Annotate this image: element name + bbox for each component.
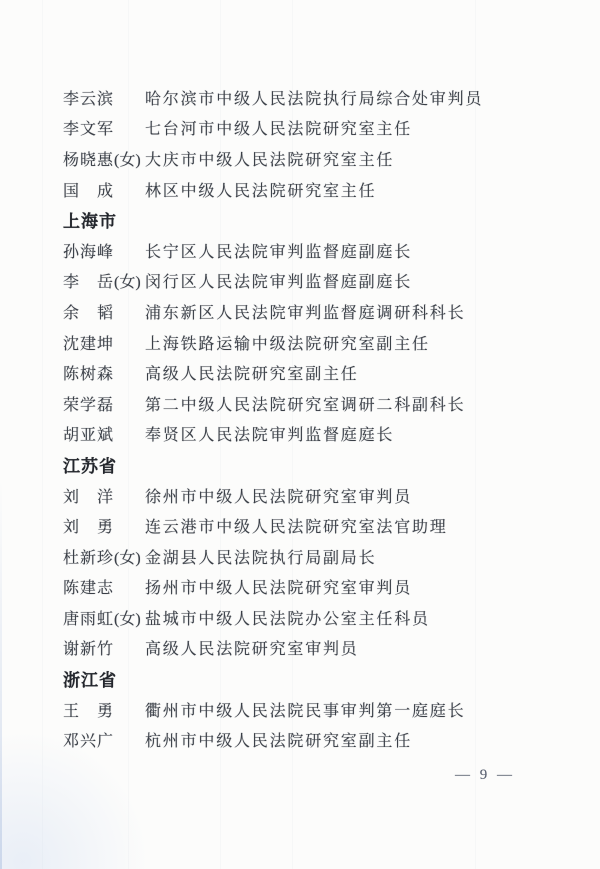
person-name: 陈建志 bbox=[63, 575, 145, 598]
roster-list: 李云滨 哈尔滨市中级人民法院执行局综合处审判员 李文军 七台河市中级人民法院研究… bbox=[63, 82, 553, 755]
person-position: 上海铁路运输中级法院研究室副主任 bbox=[145, 331, 430, 354]
gender-note: (女) bbox=[114, 274, 141, 291]
scan-edge-line bbox=[0, 478, 2, 869]
person-position: 大庆市中级人民法院研究室主任 bbox=[145, 147, 394, 170]
person-position: 盐城市中级人民法院办公室主任科员 bbox=[145, 606, 430, 629]
roster-row: 沈建坤 上海铁路运输中级法院研究室副主任 bbox=[63, 327, 553, 358]
section-header: 上海市 bbox=[63, 204, 553, 235]
person-name: 余 韬 bbox=[63, 300, 145, 323]
roster-row: 胡亚斌 奉贤区人民法院审判监督庭庭长 bbox=[63, 419, 553, 450]
person-name: 杨晓惠(女) bbox=[63, 147, 145, 170]
roster-row: 李文军 七台河市中级人民法院研究室主任 bbox=[63, 113, 553, 144]
person-position: 林区中级人民法院研究室主任 bbox=[145, 178, 376, 201]
person-position: 衢州市中级人民法院民事审判第一庭庭长 bbox=[145, 698, 465, 721]
roster-row: 杨晓惠(女) 大庆市中级人民法院研究室主任 bbox=[63, 143, 553, 174]
person-name: 杜新珍(女) bbox=[63, 545, 145, 568]
person-position: 闵行区人民法院审判监督庭副庭长 bbox=[145, 269, 412, 292]
roster-row: 杜新珍(女) 金湖县人民法院执行局副局长 bbox=[63, 541, 553, 572]
person-position: 浦东新区人民法院审判监督庭调研科科长 bbox=[145, 300, 465, 323]
section-header: 浙江省 bbox=[63, 663, 553, 694]
person-position: 奉贤区人民法院审判监督庭庭长 bbox=[145, 422, 394, 445]
person-position: 金湖县人民法院执行局副局长 bbox=[145, 545, 376, 568]
person-name: 刘 勇 bbox=[63, 514, 145, 537]
person-position: 连云港市中级人民法院研究室法官助理 bbox=[145, 514, 448, 537]
person-name: 谢新竹 bbox=[63, 636, 145, 659]
page-number: — 9 — bbox=[440, 762, 530, 788]
gender-note: (女) bbox=[114, 152, 141, 169]
person-name: 王 勇 bbox=[63, 698, 145, 721]
person-name: 国 成 bbox=[63, 178, 145, 201]
document-page: 李云滨 哈尔滨市中级人民法院执行局综合处审判员 李文军 七台河市中级人民法院研究… bbox=[0, 0, 600, 869]
gender-note: (女) bbox=[114, 550, 141, 567]
roster-row: 荣学磊 第二中级人民法院研究室调研二科副科长 bbox=[63, 388, 553, 419]
roster-row: 孙海峰 长宁区人民法院审判监督庭副庭长 bbox=[63, 235, 553, 266]
roster-row: 王 勇 衢州市中级人民法院民事审判第一庭庭长 bbox=[63, 694, 553, 725]
roster-row: 陈树森 高级人民法院研究室副主任 bbox=[63, 357, 553, 388]
person-name: 李云滨 bbox=[63, 86, 145, 109]
roster-row: 陈建志 扬州市中级人民法院研究室审判员 bbox=[63, 572, 553, 603]
person-name: 李 岳(女) bbox=[63, 269, 145, 292]
person-name: 李文军 bbox=[63, 116, 145, 139]
person-name: 荣学磊 bbox=[63, 392, 145, 415]
person-name: 刘 洋 bbox=[63, 484, 145, 507]
person-name: 胡亚斌 bbox=[63, 422, 145, 445]
roster-row: 谢新竹 高级人民法院研究室审判员 bbox=[63, 633, 553, 664]
roster-row: 刘 勇 连云港市中级人民法院研究室法官助理 bbox=[63, 510, 553, 541]
person-position: 七台河市中级人民法院研究室主任 bbox=[145, 116, 412, 139]
person-position: 杭州市中级人民法院研究室副主任 bbox=[145, 728, 412, 751]
roster-row: 刘 洋 徐州市中级人民法院研究室审判员 bbox=[63, 480, 553, 511]
roster-row: 国 成 林区中级人民法院研究室主任 bbox=[63, 174, 553, 205]
roster-row: 唐雨虹(女) 盐城市中级人民法院办公室主任科员 bbox=[63, 602, 553, 633]
person-position: 扬州市中级人民法院研究室审判员 bbox=[145, 575, 412, 598]
person-position: 高级人民法院研究室副主任 bbox=[145, 361, 359, 384]
person-name: 陈树森 bbox=[63, 361, 145, 384]
person-position: 哈尔滨市中级人民法院执行局综合处审判员 bbox=[145, 86, 483, 109]
person-name: 沈建坤 bbox=[63, 331, 145, 354]
person-position: 第二中级人民法院研究室调研二科副科长 bbox=[145, 392, 465, 415]
person-position: 高级人民法院研究室审判员 bbox=[145, 636, 359, 659]
section-header: 江苏省 bbox=[63, 449, 553, 480]
roster-row: 邓兴广 杭州市中级人民法院研究室副主任 bbox=[63, 724, 553, 755]
roster-row: 李云滨 哈尔滨市中级人民法院执行局综合处审判员 bbox=[63, 82, 553, 113]
person-name: 唐雨虹(女) bbox=[63, 606, 145, 629]
person-name: 孙海峰 bbox=[63, 239, 145, 262]
person-position: 长宁区人民法院审判监督庭副庭长 bbox=[145, 239, 412, 262]
person-name: 邓兴广 bbox=[63, 728, 145, 751]
roster-row: 李 岳(女) 闵行区人民法院审判监督庭副庭长 bbox=[63, 266, 553, 297]
gender-note: (女) bbox=[114, 611, 141, 628]
roster-row: 余 韬 浦东新区人民法院审判监督庭调研科科长 bbox=[63, 296, 553, 327]
person-position: 徐州市中级人民法院研究室审判员 bbox=[145, 484, 412, 507]
